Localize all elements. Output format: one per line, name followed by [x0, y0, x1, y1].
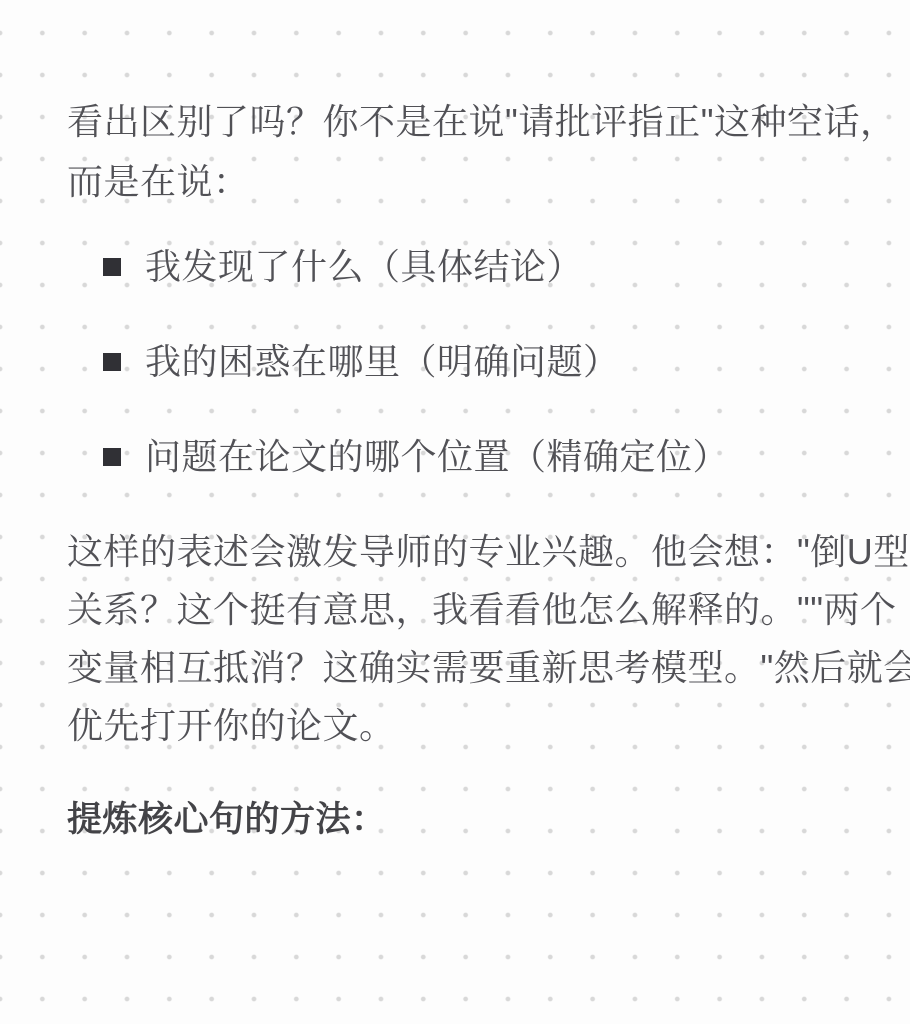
list-item: 我发现了什么（具体结论） [67, 237, 874, 297]
dotted-background: 看出区别了吗？你不是在说"请批评指正"这种空话， 而是在说： 我发现了什么（具体… [0, 0, 910, 1024]
text-line: 而是在说： [67, 152, 874, 212]
list-item: 我的困惑在哪里（明确问题） [67, 332, 874, 392]
article-content: 看出区别了吗？你不是在说"请批评指正"这种空话， 而是在说： 我发现了什么（具体… [67, 0, 874, 844]
bullet-label: 我发现了什么（具体结论） [67, 237, 874, 297]
bullet-list: 我发现了什么（具体结论） 我的困惑在哪里（明确问题） 问题在论文的哪个位置（精确… [67, 237, 874, 487]
bullet-square-icon [103, 353, 121, 371]
list-item: 问题在论文的哪个位置（精确定位） [67, 427, 874, 487]
text-line: 这样的表述会激发导师的专业兴趣。他会想："倒U型 [67, 523, 874, 581]
bullet-label: 我的困惑在哪里（明确问题） [67, 332, 874, 392]
text-line: 关系？这个挺有意思，我看看他怎么解释的。""两个 [67, 581, 874, 639]
section-heading: 提炼核心句的方法： [67, 796, 874, 844]
intro-paragraph: 看出区别了吗？你不是在说"请批评指正"这种空话， 而是在说： [67, 92, 874, 212]
bullet-square-icon [103, 258, 121, 276]
explanation-paragraph: 这样的表述会激发导师的专业兴趣。他会想："倒U型 关系？这个挺有意思，我看看他怎… [67, 523, 874, 755]
text-line: 优先打开你的论文。 [67, 697, 874, 755]
bullet-square-icon [103, 448, 121, 466]
text-line: 看出区别了吗？你不是在说"请批评指正"这种空话， [67, 92, 874, 152]
bullet-label: 问题在论文的哪个位置（精确定位） [67, 427, 874, 487]
text-line: 变量相互抵消？这确实需要重新思考模型。"然后就会 [67, 639, 874, 697]
